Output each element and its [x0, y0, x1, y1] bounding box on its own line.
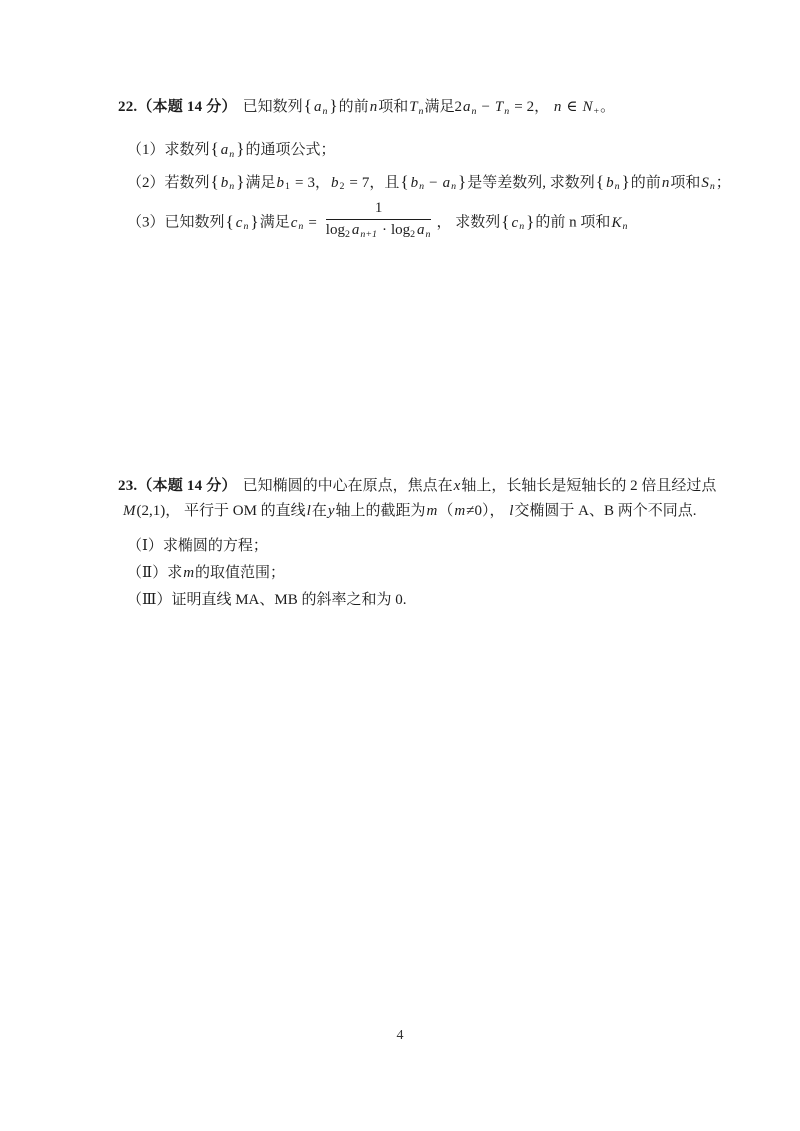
question-22-part-3: （3）已知数列{cn}满足cn=1log2an+1·log2an， 求数列{cn…: [118, 202, 720, 244]
question-23-part-1: （Ⅰ）求椭圆的方程；: [118, 534, 720, 559]
document-page: 22.（本题 14 分）已知数列{an}的前n项和Tn满足2an−Tn=2， n…: [0, 0, 800, 1131]
question-22-intro-line: 22.（本题 14 分）已知数列{an}的前n项和Tn满足2an−Tn=2， n…: [118, 93, 720, 124]
question-22-part-2: （2）若数列{bn}满足b1=3，b2=7，且{bn−an}是等差数列, 求数列…: [118, 169, 720, 200]
question-23-number-label: 23.（本题 14 分）: [118, 478, 237, 494]
question-22-intro-text: 已知数列{an}的前n项和Tn满足2an−Tn=2， n∈N+。: [243, 99, 615, 115]
page-number: 4: [0, 1028, 800, 1044]
fraction: 1log2an+1·log2an: [326, 199, 432, 241]
question-23-line-2: M(2,1)， 平行于 OM 的直线l在y轴上的截距为m（m≠0）， l交椭圆于…: [118, 499, 720, 524]
question-23-intro-text: 已知椭圆的中心在原点，焦点在x轴上，长轴长是短轴长的 2 倍且经过点: [243, 478, 717, 494]
question-23: 23.（本题 14 分）已知椭圆的中心在原点，焦点在x轴上，长轴长是短轴长的 2…: [118, 474, 720, 615]
question-23-intro-line: 23.（本题 14 分）已知椭圆的中心在原点，焦点在x轴上，长轴长是短轴长的 2…: [118, 474, 720, 499]
question-22-part-1: （1）求数列{an}的通项公式；: [118, 136, 720, 167]
question-22-number-label: 22.（本题 14 分）: [118, 99, 237, 115]
question-22: 22.（本题 14 分）已知数列{an}的前n项和Tn满足2an−Tn=2， n…: [118, 93, 720, 246]
question-23-part-2: （Ⅱ）求m的取值范围；: [118, 561, 720, 586]
question-23-part-3: （Ⅲ）证明直线 MA、MB 的斜率之和为 0.: [118, 588, 720, 613]
